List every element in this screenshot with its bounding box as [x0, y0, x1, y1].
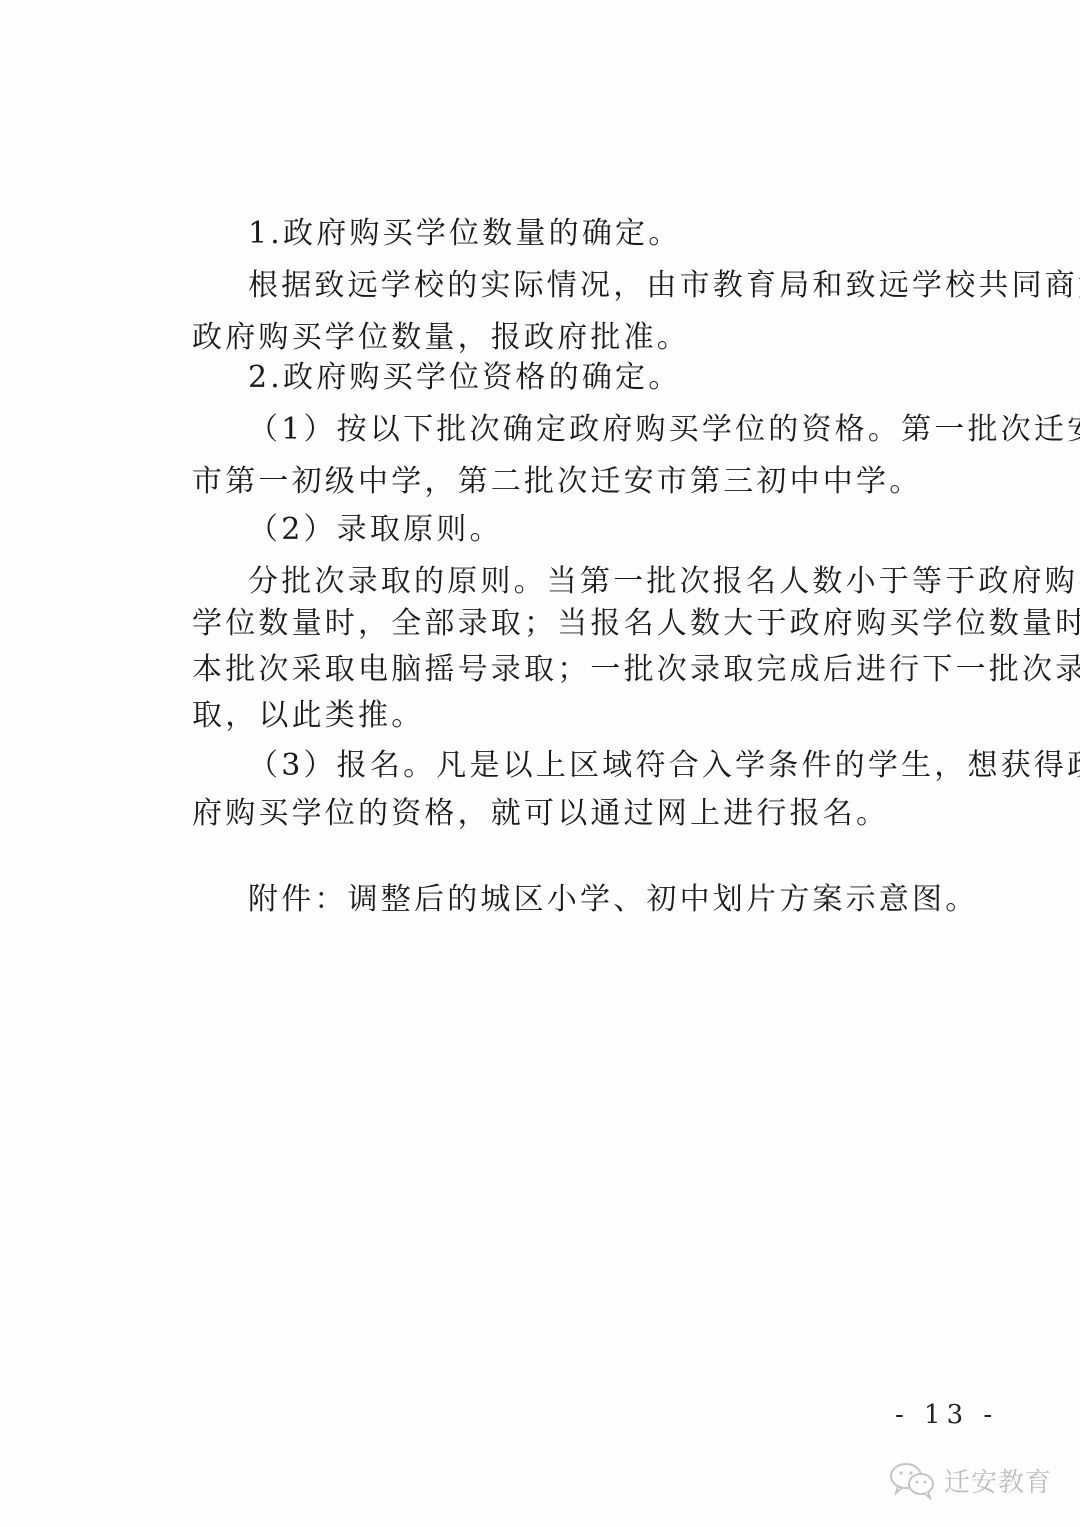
document-page: 1.政府购买学位数量的确定。 根据致远学校的实际情况，由市教育局和致远学校共同商…	[0, 0, 1080, 1527]
watermark: 迁安教育	[888, 1460, 1052, 1500]
attachment-note: 附件：调整后的城区小学、初中划片方案示意图。	[248, 880, 978, 920]
paragraph-line: 府购买学位的资格，就可以通过网上进行报名。	[192, 794, 889, 834]
paragraph-line: 分批次录取的原则。当第一批次报名人数小于等于政府购买	[248, 562, 1080, 602]
paragraph-line: （1）按以下批次确定政府购买学位的资格。第一批次迁安	[248, 410, 1080, 450]
paragraph-line: 取，以此类推。	[192, 696, 424, 736]
paragraph-line: 政府购买学位数量，报政府批准。	[192, 318, 690, 358]
page-number: - 13 -	[895, 1400, 998, 1430]
heading-1: 1.政府购买学位数量的确定。	[248, 214, 681, 254]
wechat-icon	[888, 1460, 938, 1500]
paragraph-line: 根据致远学校的实际情况，由市教育局和致远学校共同商定	[248, 266, 1080, 306]
paragraph-line: 本批次采取电脑摇号录取；一批次录取完成后进行下一批次录	[192, 650, 1080, 690]
paragraph-line: （3）报名。凡是以上区域符合入学条件的学生，想获得政	[248, 746, 1080, 786]
watermark-text: 迁安教育	[944, 1462, 1052, 1499]
paragraph-line: 学位数量时，全部录取；当报名人数大于政府购买学位数量时，	[192, 604, 1080, 644]
paragraph-line: 市第一初级中学，第二批次迁安市第三初中中学。	[192, 462, 922, 502]
subheading: （2）录取原则。	[248, 510, 503, 550]
heading-2: 2.政府购买学位资格的确定。	[248, 358, 681, 398]
